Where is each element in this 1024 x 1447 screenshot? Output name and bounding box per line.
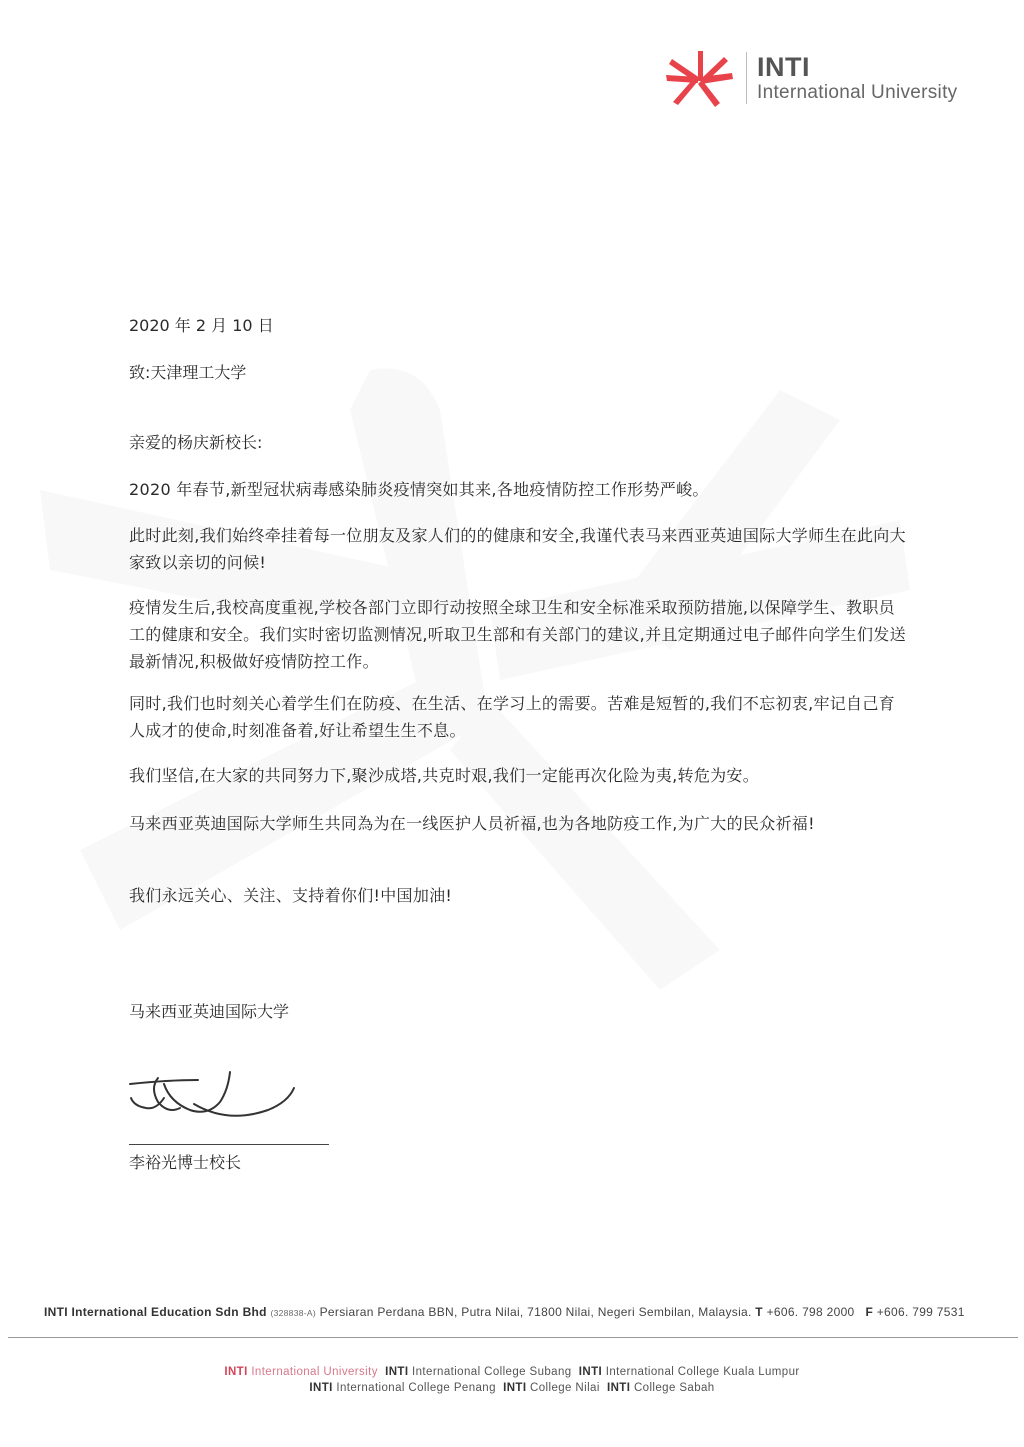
paragraph-6: 马来西亚英迪国际大学师生共同為为在一线医护人员祈福,也为各地防疫工作,为广大的民…: [129, 810, 909, 837]
letter-salutation: 亲爱的杨庆新校长:: [129, 430, 262, 453]
campus-college-subang: INTI International College Subang: [385, 1366, 571, 1378]
letter-date: 2020 年 2 月 10 日: [129, 313, 274, 336]
footer-address: INTI International Education Sdn Bhd (32…: [44, 1305, 965, 1319]
inti-starburst-icon: [664, 47, 736, 109]
company-address: Persiaran Perdana BBN, Putra Nilai, 7180…: [320, 1305, 752, 1319]
company-name: INTI International Education Sdn Bhd: [44, 1305, 267, 1319]
campus-college-penang: INTI International College Penang: [309, 1382, 495, 1394]
signatory-name: 李裕光博士校长: [129, 1150, 241, 1173]
paragraph-3: 疫情发生后,我校高度重视,学校各部门立即行动按照全球卫生和安全标准采取预防措施,…: [129, 594, 909, 675]
paragraph-1: 2020 年春节,新型冠状病毒感染肺炎疫情突如其来,各地疫情防控工作形势严峻。: [129, 476, 909, 503]
phone-number: +606. 798 2000: [767, 1305, 855, 1319]
campus-college-nilai: INTI College Nilai: [503, 1382, 600, 1394]
campus-list-line-2: INTI International College Penang INTI C…: [0, 1382, 1024, 1394]
campus-college-kuala-lumpur: INTI International College Kuala Lumpur: [579, 1366, 800, 1378]
letter-recipient: 致:天津理工大学: [129, 360, 246, 383]
paragraph-5: 我们坚信,在大家的共同努力下,聚沙成塔,共克时艰,我们一定能再次化险为夷,转危为…: [129, 762, 909, 789]
sender-organization: 马来西亚英迪国际大学: [129, 999, 289, 1022]
company-registration: (328838-A): [270, 1308, 316, 1318]
logo-subtitle: International University: [757, 83, 957, 102]
paragraph-7: 我们永远关心、关注、支持着你们!中国加油!: [129, 882, 909, 909]
fax-label: F: [865, 1305, 873, 1319]
logo-divider: [746, 52, 747, 104]
campus-college-sabah: INTI College Sabah: [607, 1382, 715, 1394]
campus-list-line-1: INTI International University INTI Inter…: [0, 1366, 1024, 1378]
paragraph-2: 此时此刻,我们始终牵挂着每一位朋友及家人们的的健康和安全,我谨代表马来西亚英迪国…: [129, 522, 909, 576]
paragraph-4: 同时,我们也时刻关心着学生们在防疫、在生活、在学习上的需要。苦难是短暂的,我们不…: [129, 690, 909, 744]
footer-divider: [8, 1337, 1018, 1338]
handwritten-signature-icon: [128, 1068, 298, 1128]
campus-international-university: INTI International University: [224, 1366, 378, 1378]
logo-brand: INTI: [757, 54, 957, 81]
phone-label: T: [755, 1305, 763, 1319]
inti-logo: INTI International University: [664, 47, 957, 109]
fax-number: +606. 799 7531: [877, 1305, 965, 1319]
signature-line: [129, 1144, 329, 1145]
